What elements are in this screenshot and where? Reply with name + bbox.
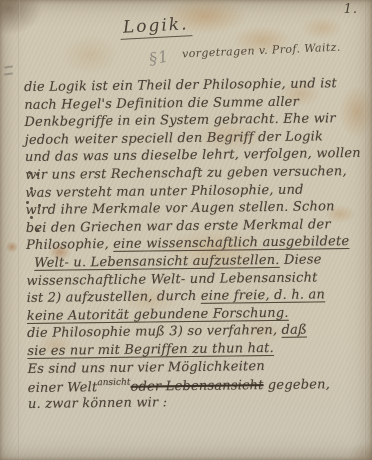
manuscript-body: die Logik ist ein Theil der Philosophie,… bbox=[24, 76, 372, 414]
inserted-text-run: ansicht bbox=[97, 378, 130, 388]
underlined-text-run: daß bbox=[281, 323, 307, 338]
manuscript-page: 1. Logik. §1 vorgetragen v. Prof. Waitz.… bbox=[0, 0, 372, 460]
left-margin-crease bbox=[18, 0, 20, 460]
text-run: wissenschaftliche Welt- und Lebensansich… bbox=[26, 270, 317, 289]
margin-pencil-mark bbox=[4, 72, 13, 75]
page-number: 1. bbox=[344, 2, 358, 17]
manuscript-line: u. zwar können wir : bbox=[28, 392, 372, 414]
text-run: die Logik ist ein Theil der Philosophie,… bbox=[24, 76, 337, 95]
margin-pencil-mark bbox=[4, 65, 13, 68]
attribution-line: vorgetragen v. Prof. Waitz. bbox=[182, 41, 341, 61]
underlined-text-run: Welt- u. Lebensansicht aufzustellen. bbox=[34, 253, 280, 271]
text-run: und das was uns dieselbe lehrt, verfolge… bbox=[25, 146, 361, 165]
text-run: ist 2) aufzustellen, durch bbox=[27, 289, 201, 306]
text-run: nach Hegel's Definition die Summe aller bbox=[24, 94, 299, 112]
text-run: u. zwar können wir : bbox=[28, 395, 168, 412]
text-run: jedoch weiter speciell den Begriff der L… bbox=[25, 129, 324, 148]
underlined-text-run: eine wissenschaftlich ausgebildete bbox=[113, 234, 349, 252]
underlined-text-run: sie es nur mit Begriffen zu thun hat. bbox=[27, 341, 274, 359]
text-run: gegeben, bbox=[263, 377, 330, 393]
text-run: wird ihre Merkmale vor Augen stellen. Sc… bbox=[26, 199, 335, 218]
page-title: Logik. bbox=[119, 14, 192, 40]
text-run: Diese bbox=[279, 252, 321, 268]
struck-text-run: oder Lebensansicht bbox=[130, 378, 263, 395]
text-run: Es sind uns nur vier Möglichkeiten bbox=[27, 359, 265, 377]
text-run: bei den Griechen war das erste Merkmal d… bbox=[26, 217, 331, 236]
section-mark: §1 bbox=[148, 46, 171, 68]
text-run: die Philosophie muß 3) so verfahren, bbox=[27, 323, 282, 341]
text-run: Philosophie, bbox=[26, 237, 113, 253]
text-run: Denkbegriffe in ein System gebracht. Ehe… bbox=[24, 111, 335, 130]
underlined-text-run: keine Autorität gebundene Forschung. bbox=[27, 306, 289, 324]
underlined-text-run: eine freie, d. h. an bbox=[201, 287, 325, 304]
text-run: was versteht man unter Philosophie, und bbox=[25, 182, 303, 200]
text-run: einer Welt bbox=[28, 380, 98, 396]
text-run: wir uns erst Rechenschaft zu geben versu… bbox=[25, 164, 347, 183]
